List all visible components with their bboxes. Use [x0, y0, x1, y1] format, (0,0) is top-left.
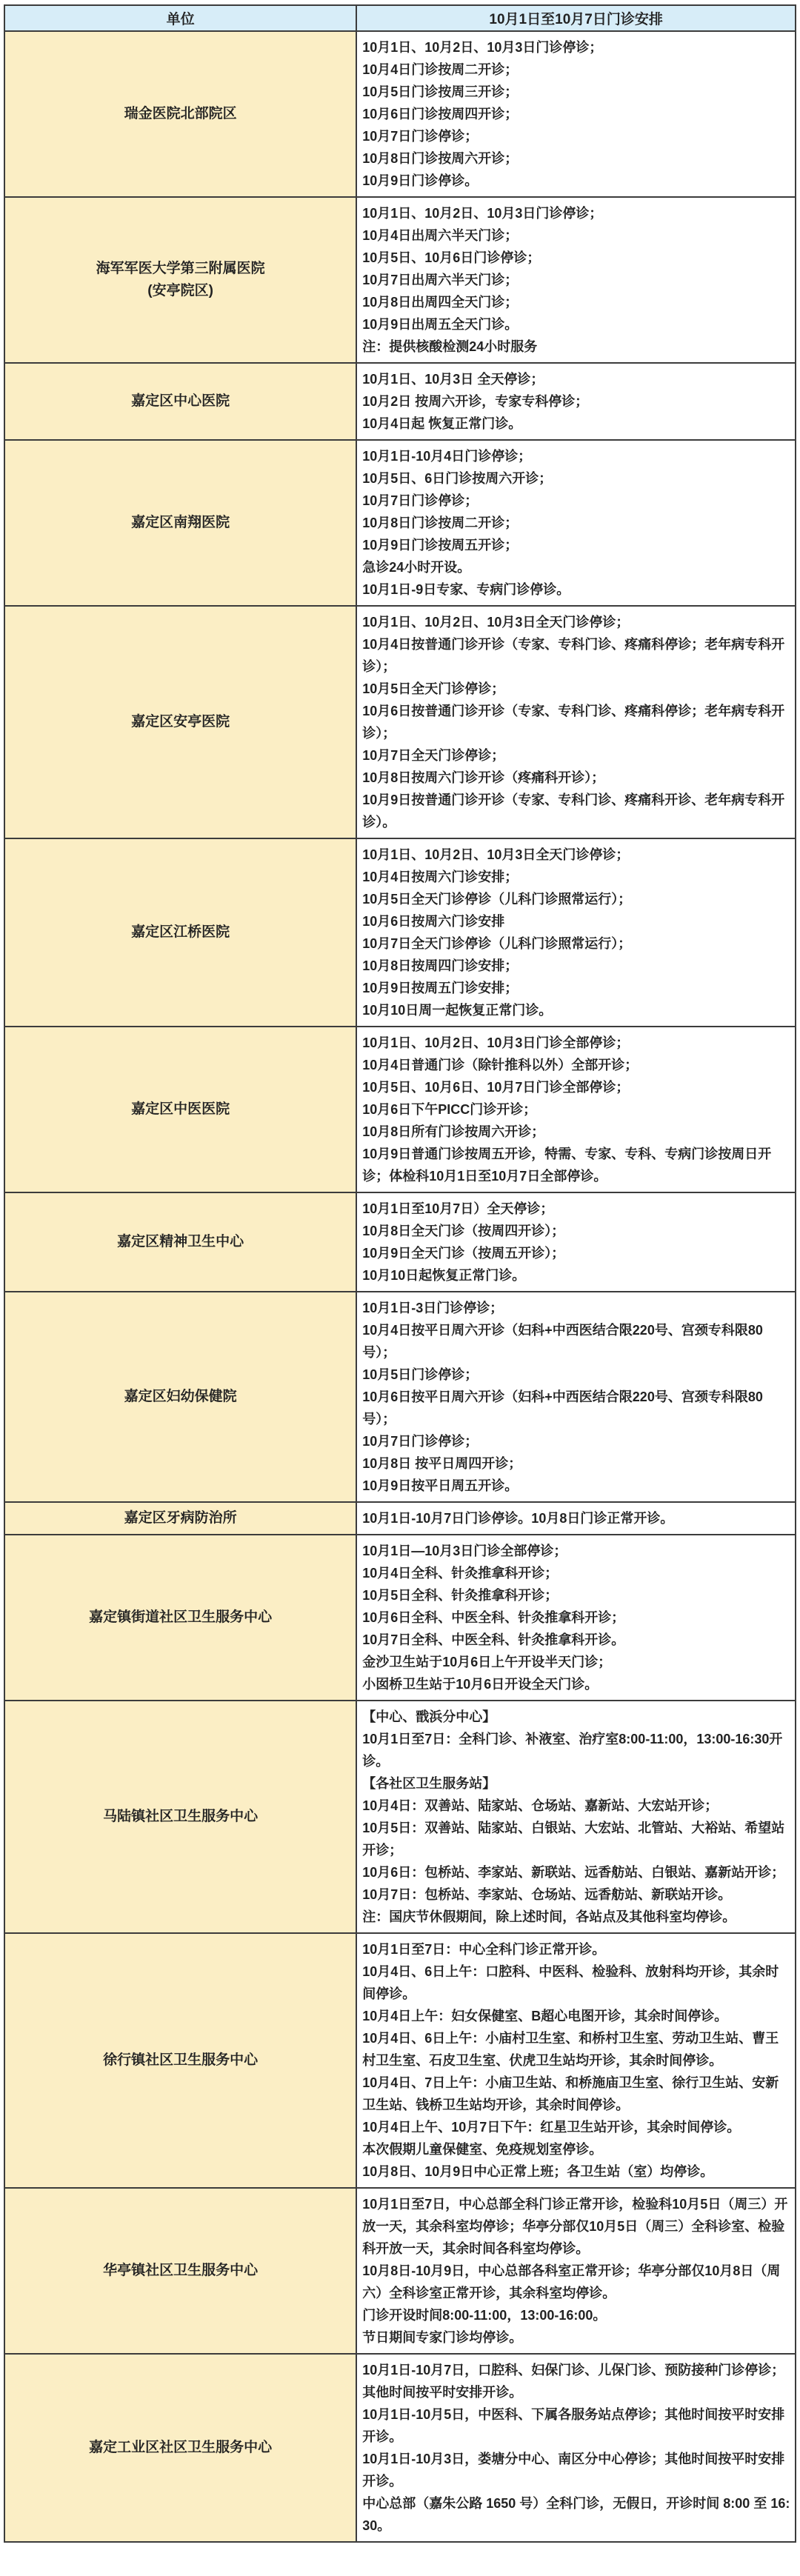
schedule-line: 10月8日按周六门诊开诊（疼痛科开诊）；	[362, 767, 792, 789]
schedule-line: 10月1日至10月7日）全天停诊；	[362, 1198, 792, 1220]
schedule-line: 10月7日全天门诊停诊（儿科门诊照常运行）；	[362, 932, 792, 955]
schedule-line: 10月1日—10月3日门诊全部停诊；	[362, 1540, 792, 1562]
schedule-line: 中心总部（嘉朱公路 1650 号）全科门诊，无假日，开诊时间 8:00 至 16…	[362, 2492, 792, 2537]
schedule-line: 10月7日出周六半天门诊；	[362, 269, 792, 291]
schedule-line: 10月4日按周六门诊安排；	[362, 866, 792, 888]
schedule-line: 10月4日上午、10月7日下午：红星卫生站开诊，其余时间停诊。	[362, 2116, 792, 2138]
schedule-line: 10月9日按周五门诊安排；	[362, 977, 792, 999]
schedule-line: 金沙卫生站于10月6日上午开设半天门诊；	[362, 1651, 792, 1673]
schedule-cell: 10月1日至10月7日）全天停诊；10月8日全天门诊（按周四开诊）；10月9日全…	[356, 1192, 796, 1292]
schedule-cell: 10月1日、10月2日、10月3日全天门诊停诊；10月4日按普通门诊开诊（专家、…	[356, 606, 796, 838]
schedule-line: 10月5日、10月6日门诊停诊；	[362, 247, 792, 269]
schedule-cell: 10月1日-10月4日门诊停诊；10月5日、6日门诊按周六开诊；10月7日门诊停…	[356, 440, 796, 606]
schedule-line: 10月9日全天门诊（按周五开诊）；	[362, 1242, 792, 1264]
table-row: 华亭镇社区卫生服务中心10月1日至7日，中心总部全科门诊正常开诊，检验科10月5…	[4, 2188, 796, 2354]
schedule-line: 10月9日门诊停诊。	[362, 170, 792, 192]
schedule-line: 10月9日普通门诊按周五开诊，特需、专家、专科、专病门诊按周日开诊；体检科10月…	[362, 1143, 792, 1187]
schedule-line: 10月8日 按平日周四开诊；	[362, 1452, 792, 1475]
schedule-line: 10月7日全科、中医全科、针灸推拿科开诊。	[362, 1629, 792, 1651]
schedule-cell: 10月1日-3日门诊停诊；10月4日按平日周六开诊（妇科+中西医结合限220号、…	[356, 1292, 796, 1502]
schedule-cell: 10月1日-10月7日门诊停诊。10月8日门诊正常开诊。	[356, 1502, 796, 1535]
schedule-line: 10月1日-10月4日门诊停诊；	[362, 445, 792, 467]
schedule-line: 10月1日-10月5日，中医科、下属各服务站点停诊；其他时间按平时安排开诊。	[362, 2403, 792, 2448]
schedule-line: 10月7日全天门诊停诊；	[362, 744, 792, 767]
schedule-line: 10月7日门诊停诊；	[362, 1430, 792, 1452]
schedule-line: 注：国庆节休假期间，除上述时间，各站点及其他科室均停诊。	[362, 1906, 792, 1928]
schedule-cell: 10月1日至7日：中心全科门诊正常开诊。10月4日、6日上午：口腔科、中医科、检…	[356, 1933, 796, 2188]
schedule-line: 10月1日-9日专家、专病门诊停诊。	[362, 578, 792, 601]
schedule-line: 10月5日全天门诊停诊（儿科门诊照常运行）；	[362, 888, 792, 910]
table-row: 嘉定区江桥医院10月1日、10月2日、10月3日全天门诊停诊；10月4日按周六门…	[4, 838, 796, 1027]
unit-cell: 嘉定区中心医院	[4, 363, 356, 440]
schedule-line: 10月8日出周四全天门诊；	[362, 291, 792, 313]
schedule-line: 10月1日至7日：全科门诊、补液室、治疗室8:00-11:00，13:00-16…	[362, 1728, 792, 1772]
schedule-line: 10月9日按普通门诊开诊（专家、专科门诊、疼痛科开诊、老年病专科开诊）。	[362, 789, 792, 833]
table-row: 马陆镇社区卫生服务中心【中心、戬浜分中心】10月1日至7日：全科门诊、补液室、治…	[4, 1701, 796, 1933]
schedule-cell: 10月1日、10月2日、10月3日门诊全部停诊；10月4日普通门诊（除针推科以外…	[356, 1027, 796, 1192]
schedule-line: 10月5日全天门诊停诊；	[362, 678, 792, 700]
unit-cell: 嘉定区南翔医院	[4, 440, 356, 606]
header-unit-cell: 单位	[4, 5, 356, 31]
table-row: 嘉定镇街道社区卫生服务中心10月1日—10月3日门诊全部停诊；10月4日全科、针…	[4, 1535, 796, 1701]
schedule-line: 10月1日-3日门诊停诊；	[362, 1297, 792, 1319]
schedule-line: 10月4日上午：妇女保健室、B超心电图开诊，其余时间停诊。	[362, 2005, 792, 2027]
schedule-cell: 10月1日、10月2日、10月3日门诊停诊；10月4日门诊按周二开诊；10月5日…	[356, 31, 796, 197]
schedule-line: 10月1日、10月3日 全天停诊；	[362, 368, 792, 390]
table-row: 嘉定区牙病防治所10月1日-10月7日门诊停诊。10月8日门诊正常开诊。	[4, 1502, 796, 1535]
schedule-line: 本次假期儿童保健室、免疫规划室停诊。	[362, 2138, 792, 2160]
schedule-line: 【各社区卫生服务站】	[362, 1772, 792, 1795]
schedule-cell: 10月1日、10月2日、10月3日门诊停诊；10月4日出周六半天门诊；10月5日…	[356, 197, 796, 363]
schedule-line: 10月4日、7日上午：小庙卫生站、和桥施庙卫生室、徐行卫生站、安新卫生站、钱桥卫…	[362, 2072, 792, 2116]
schedule-cell: 10月1日、10月3日 全天停诊；10月2日 按周六开诊，专家专科停诊；10月4…	[356, 363, 796, 440]
unit-cell: 嘉定区妇幼保健院	[4, 1292, 356, 1502]
unit-cell: 嘉定区牙病防治所	[4, 1502, 356, 1535]
table-row: 嘉定区中医医院10月1日、10月2日、10月3日门诊全部停诊；10月4日普通门诊…	[4, 1027, 796, 1192]
schedule-line: 10月10日周一起恢复正常门诊。	[362, 999, 792, 1021]
schedule-line: 10月2日 按周六开诊，专家专科停诊；	[362, 390, 792, 413]
schedule-line: 10月1日-10月7日门诊停诊。10月8日门诊正常开诊。	[362, 1507, 792, 1529]
schedule-cell: 10月1日、10月2日、10月3日全天门诊停诊；10月4日按周六门诊安排；10月…	[356, 838, 796, 1027]
schedule-line: 10月5日、6日门诊按周六开诊；	[362, 467, 792, 490]
table-row: 嘉定区南翔医院10月1日-10月4日门诊停诊；10月5日、6日门诊按周六开诊；1…	[4, 440, 796, 606]
unit-cell: 嘉定区安亭医院	[4, 606, 356, 838]
schedule-line: 10月5日门诊按周三开诊；	[362, 81, 792, 103]
unit-cell: 嘉定区江桥医院	[4, 838, 356, 1027]
unit-cell: 嘉定区中医医院	[4, 1027, 356, 1192]
schedule-line: 10月7日门诊停诊；	[362, 490, 792, 512]
schedule-line: 急诊24小时开设。	[362, 556, 792, 578]
schedule-line: 10月6日下午PICC门诊开诊；	[362, 1098, 792, 1121]
schedule-line: 10月4日普通门诊（除针推科以外）全部开诊；	[362, 1054, 792, 1076]
schedule-line: 10月4日按普通门诊开诊（专家、专科门诊、疼痛科停诊；老年病专科开诊）；	[362, 633, 792, 678]
schedule-line: 10月8日门诊按周六开诊；	[362, 147, 792, 170]
table-body: 瑞金医院北部院区10月1日、10月2日、10月3日门诊停诊；10月4日门诊按周二…	[4, 31, 796, 2542]
schedule-line: 注：提供核酸检测24小时服务	[362, 336, 792, 358]
unit-cell: 嘉定区精神卫生中心	[4, 1192, 356, 1292]
schedule-line: 10月4日按平日周六开诊（妇科+中西医结合限220号、宫颈专科限80号）；	[362, 1319, 792, 1364]
schedule-line: 10月5日：双善站、陆家站、白银站、大宏站、北管站、大裕站、希望站开诊；	[362, 1817, 792, 1861]
schedule-line: 10月4日出周六半天门诊；	[362, 224, 792, 247]
schedule-line: 10月7日：包桥站、李家站、仓场站、远香舫站、新联站开诊。	[362, 1883, 792, 1906]
schedule-line: 10月8日所有门诊按周六开诊；	[362, 1121, 792, 1143]
schedule-line: 10月5日全科、针灸推拿科开诊；	[362, 1584, 792, 1606]
schedule-cell: 10月1日至7日，中心总部全科门诊正常开诊，检验科10月5日（周三）开放一天，其…	[356, 2188, 796, 2354]
table-row: 嘉定区安亭医院10月1日、10月2日、10月3日全天门诊停诊；10月4日按普通门…	[4, 606, 796, 838]
schedule-line: 10月1日、10月2日、10月3日门诊全部停诊；	[362, 1032, 792, 1054]
table-row: 嘉定区妇幼保健院10月1日-3日门诊停诊；10月4日按平日周六开诊（妇科+中西医…	[4, 1292, 796, 1502]
schedule-line: 10月5日、10月6日、10月7日门诊全部停诊；	[362, 1076, 792, 1098]
table-row: 嘉定区精神卫生中心10月1日至10月7日）全天停诊；10月8日全天门诊（按周四开…	[4, 1192, 796, 1292]
schedule-line: 门诊开设时间8:00-11:00，13:00-16:00。	[362, 2304, 792, 2326]
schedule-line: 10月8日、10月9日中心正常上班；各卫生站（室）均停诊。	[362, 2160, 792, 2183]
schedule-line: 10月8日门诊按周二开诊；	[362, 512, 792, 534]
schedule-line: 10月1日-10月3日，娄塘分中心、南区分中心停诊；其他时间按平时安排开诊。	[362, 2448, 792, 2492]
schedule-line: 小囡桥卫生站于10月6日开设全天门诊。	[362, 1673, 792, 1695]
schedule-line: 10月4日全科、针灸推拿科开诊；	[362, 1562, 792, 1584]
unit-cell: 华亭镇社区卫生服务中心	[4, 2188, 356, 2354]
table-row: 瑞金医院北部院区10月1日、10月2日、10月3日门诊停诊；10月4日门诊按周二…	[4, 31, 796, 197]
schedule-line: 10月5日门诊停诊；	[362, 1364, 792, 1386]
schedule-line: 10月9日按平日周五开诊。	[362, 1475, 792, 1497]
schedule-line: 10月4日：双善站、陆家站、仓场站、嘉新站、大宏站开诊；	[362, 1795, 792, 1817]
schedule-page: 单位 10月1日至10月7日门诊安排 瑞金医院北部院区10月1日、10月2日、1…	[0, 0, 800, 2546]
schedule-line: 10月7日门诊停诊；	[362, 125, 792, 147]
header-schedule-cell: 10月1日至10月7日门诊安排	[356, 5, 796, 31]
schedule-line: 10月1日-10月7日，口腔科、妇保门诊、儿保门诊、预防接种门诊停诊；其他时间按…	[362, 2359, 792, 2403]
table-row: 嘉定区中心医院10月1日、10月3日 全天停诊；10月2日 按周六开诊，专家专科…	[4, 363, 796, 440]
unit-cell: 瑞金医院北部院区	[4, 31, 356, 197]
header-row: 单位 10月1日至10月7日门诊安排	[4, 5, 796, 31]
schedule-line: 10月1日、10月2日、10月3日门诊停诊；	[362, 36, 792, 59]
unit-cell: 嘉定工业区社区卫生服务中心	[4, 2354, 356, 2542]
schedule-line: 10月10日起恢复正常门诊。	[362, 1264, 792, 1287]
schedule-line: 10月4日起 恢复正常门诊。	[362, 413, 792, 435]
schedule-line: 10月8日-10月9日，中心总部各科室正常开诊；华亭分部仅10月8日（周六）全科…	[362, 2260, 792, 2304]
schedule-line: 10月6日：包桥站、李家站、新联站、远香舫站、白银站、嘉新站开诊；	[362, 1861, 792, 1883]
schedule-line: 10月6日按周六门诊安排	[362, 910, 792, 932]
outpatient-schedule-table: 单位 10月1日至10月7日门诊安排 瑞金医院北部院区10月1日、10月2日、1…	[4, 4, 796, 2543]
schedule-line: 10月4日、6日上午：口腔科、中医科、检验科、放射科均开诊，其余时间停诊。	[362, 1961, 792, 2005]
schedule-line: 【中心、戬浜分中心】	[362, 1706, 792, 1728]
unit-cell: 徐行镇社区卫生服务中心	[4, 1933, 356, 2188]
schedule-line: 10月1日、10月2日、10月3日全天门诊停诊；	[362, 611, 792, 633]
schedule-cell: 10月1日-10月7日，口腔科、妇保门诊、儿保门诊、预防接种门诊停诊；其他时间按…	[356, 2354, 796, 2542]
schedule-line: 10月6日按平日周六开诊（妇科+中西医结合限220号、宫颈专科限80号）；	[362, 1386, 792, 1430]
schedule-line: 10月6日按普通门诊开诊（专家、专科门诊、疼痛科停诊；老年病专科开诊）；	[362, 700, 792, 744]
schedule-line: 10月6日门诊按周四开诊；	[362, 103, 792, 125]
schedule-line: 10月9日门诊按周五开诊；	[362, 534, 792, 556]
schedule-line: 10月8日全天门诊（按周四开诊）；	[362, 1220, 792, 1242]
schedule-line: 10月1日、10月2日、10月3日门诊停诊；	[362, 202, 792, 224]
table-row: 嘉定工业区社区卫生服务中心10月1日-10月7日，口腔科、妇保门诊、儿保门诊、预…	[4, 2354, 796, 2542]
schedule-line: 10月8日按周四门诊安排；	[362, 955, 792, 977]
table-row: 徐行镇社区卫生服务中心10月1日至7日：中心全科门诊正常开诊。10月4日、6日上…	[4, 1933, 796, 2188]
schedule-line: 10月1日至7日：中心全科门诊正常开诊。	[362, 1938, 792, 1961]
unit-cell: 海军军医大学第三附属医院 (安亭院区)	[4, 197, 356, 363]
schedule-line: 10月4日门诊按周二开诊；	[362, 59, 792, 81]
schedule-cell: 【中心、戬浜分中心】10月1日至7日：全科门诊、补液室、治疗室8:00-11:0…	[356, 1701, 796, 1933]
schedule-line: 10月4日、6日上午：小庙村卫生室、和桥村卫生室、劳动卫生站、曹王村卫生室、石皮…	[362, 2027, 792, 2072]
schedule-line: 10月9日出周五全天门诊。	[362, 313, 792, 336]
schedule-line: 节日期间专家门诊均停诊。	[362, 2326, 792, 2349]
schedule-line: 10月1日、10月2日、10月3日全天门诊停诊；	[362, 844, 792, 866]
schedule-line: 10月6日全科、中医全科、针灸推拿科开诊；	[362, 1606, 792, 1629]
schedule-cell: 10月1日—10月3日门诊全部停诊；10月4日全科、针灸推拿科开诊；10月5日全…	[356, 1535, 796, 1701]
table-row: 海军军医大学第三附属医院 (安亭院区)10月1日、10月2日、10月3日门诊停诊…	[4, 197, 796, 363]
schedule-line: 10月1日至7日，中心总部全科门诊正常开诊，检验科10月5日（周三）开放一天，其…	[362, 2193, 792, 2260]
unit-cell: 马陆镇社区卫生服务中心	[4, 1701, 356, 1933]
unit-cell: 嘉定镇街道社区卫生服务中心	[4, 1535, 356, 1701]
